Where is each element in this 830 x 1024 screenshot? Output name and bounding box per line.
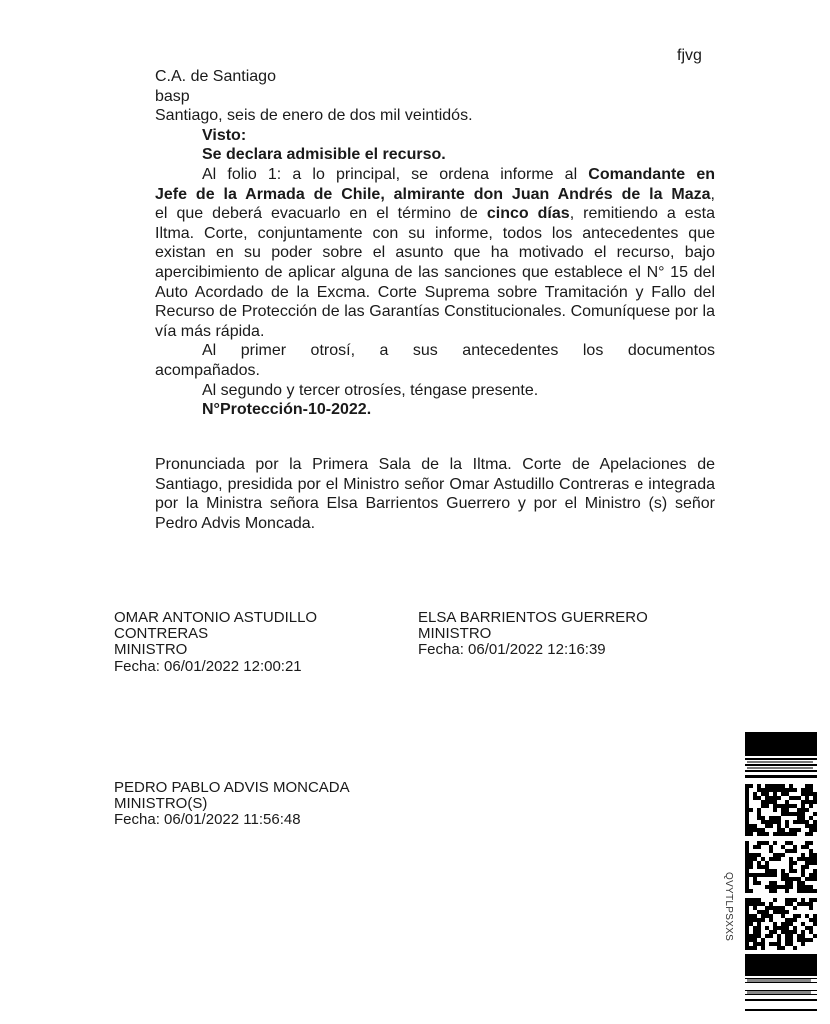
verification-code: QVYTLPSXXS xyxy=(723,872,734,941)
para1-line1: Al folio 1: a lo principal, se ordena in… xyxy=(155,165,715,185)
pronounced-paragraph: Pronunciada por la Primera Sala de la Il… xyxy=(155,455,715,533)
signature-block-3: PEDRO PABLO ADVIS MONCADA MINISTRO(S) Fe… xyxy=(114,780,350,829)
para2-line1: Al primer otrosí, a sus antecedentes los… xyxy=(155,341,715,361)
para3: Al segundo y tercer otrosíes, téngase pr… xyxy=(155,381,715,401)
signer-name: PEDRO PABLO ADVIS MONCADA xyxy=(114,780,350,796)
pdf417-barcode-icon xyxy=(745,732,817,1022)
document-page: fjvg C.A. de Santiago basp Santiago, sei… xyxy=(0,0,830,1024)
signer-name: ELSA BARRIENTOS GUERRERO xyxy=(418,610,648,626)
para1-rest: Iltma. Corte, conjuntamente con su infor… xyxy=(155,224,715,342)
signer-role: MINISTRO(S) xyxy=(114,796,350,812)
para1-line3: el que deberá evacuarlo en el término de… xyxy=(155,204,715,224)
header-block: C.A. de Santiago basp Santiago, seis de … xyxy=(155,67,473,165)
signer-role: MINISTRO xyxy=(114,642,317,658)
signer-date: Fecha: 06/01/2022 12:00:21 xyxy=(114,659,317,675)
signature-block-2: ELSA BARRIENTOS GUERRERO MINISTRO Fecha:… xyxy=(418,610,648,659)
para1-line2: Jefe de la Armada de Chile, almirante do… xyxy=(155,185,715,205)
signer-role: MINISTRO xyxy=(418,626,648,642)
resolution-body: Al folio 1: a lo principal, se ordena in… xyxy=(155,165,715,420)
visto-heading: Visto: xyxy=(155,126,473,146)
signature-block-1: OMAR ANTONIO ASTUDILLO CONTRERAS MINISTR… xyxy=(114,610,317,675)
case-number: N°Protección-10-2022. xyxy=(155,400,715,420)
clerk-initials: basp xyxy=(155,87,473,107)
signer-date: Fecha: 06/01/2022 12:16:39 xyxy=(418,642,648,658)
signer-name-cont: CONTRERAS xyxy=(114,626,317,642)
date-line: Santiago, seis de enero de dos mil veint… xyxy=(155,106,473,126)
para2-line2: acompañados. xyxy=(155,361,715,381)
signer-name: OMAR ANTONIO ASTUDILLO xyxy=(114,610,317,626)
admissible-statement: Se declara admisible el recurso. xyxy=(155,145,473,165)
signer-date: Fecha: 06/01/2022 11:56:48 xyxy=(114,812,350,828)
court-name: C.A. de Santiago xyxy=(155,67,473,87)
initials: fjvg xyxy=(677,46,702,66)
